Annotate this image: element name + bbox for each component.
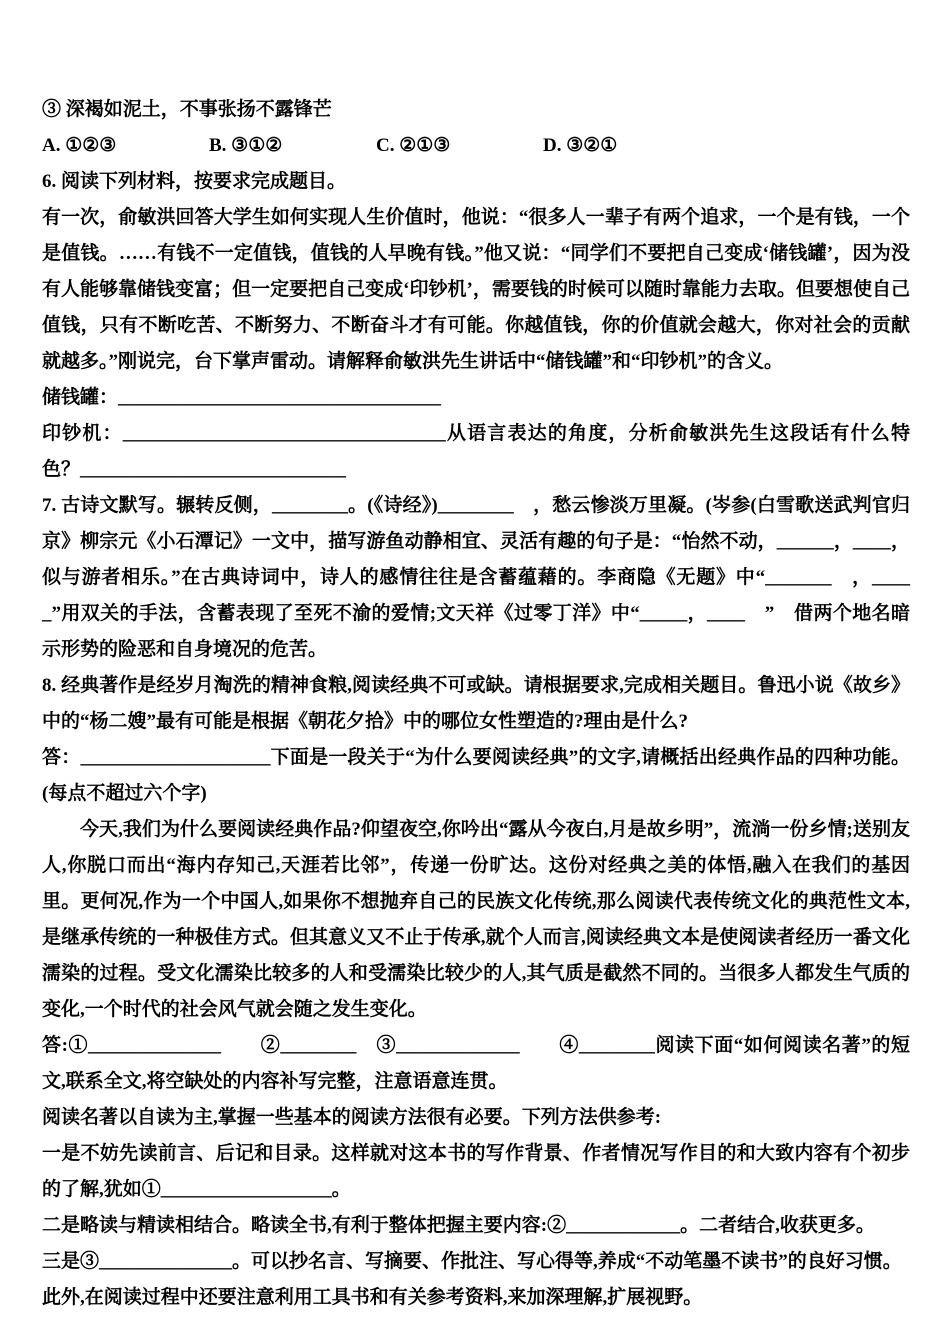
question-8-four-function-blanks: 答:①______________ ②________ ③___________… [42, 1028, 910, 1100]
exam-paper-page: ③ 深褐如泥土，不事张扬不露锋芒 A. ①②③ B. ③①② C. ②①③ D.… [0, 0, 950, 1344]
option-b: B. ③①② [209, 128, 376, 164]
question-8-answer-line: 答：____________________下面是一段关于“为什么要阅读经典”的… [42, 740, 910, 812]
option-a: A. ①②③ [42, 128, 209, 164]
multiple-choice-options-row: A. ①②③ B. ③①② C. ②①③ D. ③②① [42, 128, 910, 164]
reading-method-one: 一是不妨先读前言、后记和目录。这样就对这本书的写作背景、作者情况写作目的和大致内… [42, 1136, 910, 1208]
reading-methods-note: 此外,在阅读过程中还要注意利用工具书和有关参考资料,来加深理解,扩展视野。 [42, 1280, 910, 1316]
reading-method-two: 二是略读与精读相结合。略读全书,有利于整体把握主要内容:②___________… [42, 1208, 910, 1244]
question-6-stem: 6. 阅读下列材料，按要求完成题目。 [42, 164, 910, 200]
question-6-blank-money-printer: 印钞机：__________________________________从语… [42, 416, 910, 488]
reading-method-three: 三是③______________。可以抄名言、写摘要、作批注、写心得等,养成“… [42, 1244, 910, 1280]
question-8-passage: 今天,我们为什么要阅读经典作品?仰望夜空,你吟出“露从今夜白,月是故乡明”，流淌… [42, 812, 910, 1028]
option-d: D. ③②① [543, 128, 710, 164]
option-c: C. ②①③ [376, 128, 543, 164]
question-6-blank-piggy-bank: 储钱罐：__________________________________ [42, 380, 910, 416]
question-6-material: 有一次，俞敏洪回答大学生如何实现人生价值时，他说：“很多人一辈子有两个追求，一个… [42, 200, 910, 380]
item-3-phrase: ③ 深褐如泥土，不事张扬不露锋芒 [42, 92, 910, 128]
reading-methods-intro: 阅读名著以自读为主,掌握一些基本的阅读方法很有必要。下列方法供参考: [42, 1100, 910, 1136]
question-7-dictation: 7. 古诗文默写。辗转反侧，________。(《诗经》)________ ，愁… [42, 488, 910, 668]
question-8-stem: 8. 经典著作是经岁月淘洗的精神食粮,阅读经典不可或缺。请根据要求,完成相关题目… [42, 668, 910, 740]
